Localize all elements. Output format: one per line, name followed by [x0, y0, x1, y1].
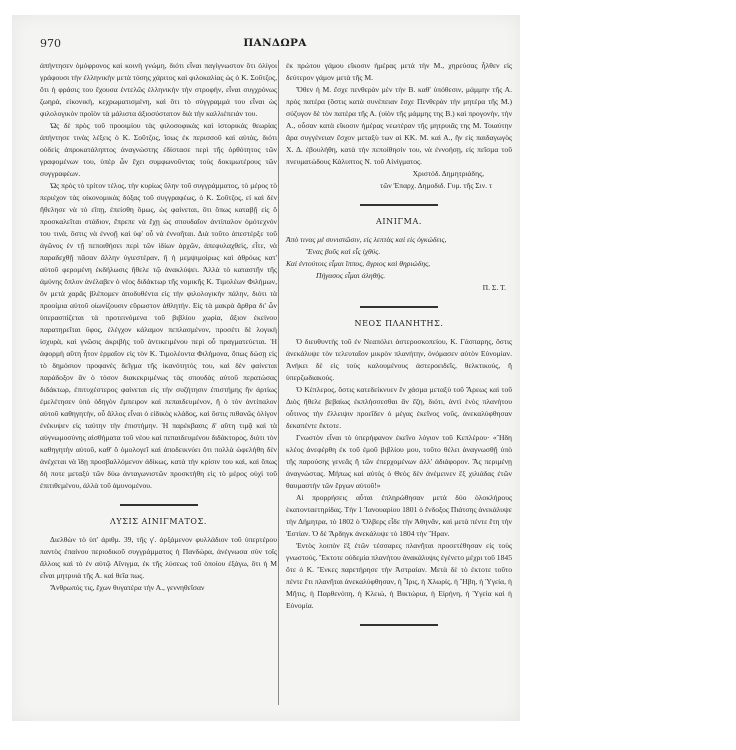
running-head: 970 ΠΑΝΔΩΡΑ [40, 37, 510, 53]
solution-section-title: ΛΥΣΙΣ ΑΙΝΙΓΜΑΤΟΣ. [40, 516, 277, 528]
left-column: ἀπήντησεν ὁμόφρονος καὶ κοινὴ γνώμη, διό… [40, 60, 277, 594]
section-divider [360, 204, 438, 206]
right-column: ἐκ πρώτου γάμου εἴκοσιν ἡμέρας μετὰ τὴν … [286, 60, 512, 636]
poem-line: Ἀπὸ τινας μὲ συνιστῶσιν, εἰς λεπτὰς καὶ … [286, 234, 512, 246]
solution-paragraph: Ἄνθρωπός τις, ἔχων θυγατέρα τὴν Α., γενν… [40, 582, 277, 594]
poem-line: Καὶ ἐντούτοις εἶμαι ἵππος, ἄγριος καὶ θη… [286, 258, 512, 270]
signature-name: Χριστόδ. Δημητριάδης, [286, 168, 512, 180]
solution-paragraph: Διελθὼν τὸ ὑπ' ἀριθμ. 39, τῆς γ'. ἀρξάμε… [40, 534, 277, 582]
section-divider [360, 306, 438, 308]
planet-section-title: ΝΕΟΣ ΠΛΑΝΗΤΗΣ. [286, 318, 512, 330]
riddle-initials: Π. Σ. Τ. [286, 282, 512, 294]
planet-paragraph: Γνωστὸν εἶναι τὸ ὑπερήφανον ἐκεῖνο λόγιο… [286, 432, 512, 492]
poem-line: Ἕνας βοῦς καὶ εἷς ἰχθύς. [286, 246, 512, 258]
riddle-poem: Ἀπὸ τινας μὲ συνιστῶσιν, εἰς λεπτὰς καὶ … [286, 234, 512, 282]
article-paragraph: Ὡς δὲ πρὸς τοῦ προοιμίου τὰς φιλοσοφικὰς… [40, 120, 277, 180]
journal-title: ΠΑΝΔΩΡΑ [40, 37, 510, 49]
poem-line: Πήγασος εἶμαι ἀληθής. [286, 270, 512, 282]
article-paragraph: Ὡς πρὸς τὸ τρίτον τέλος, τὴν κυρίως ὕλην… [40, 180, 277, 492]
article-paragraph: ἐκ πρώτου γάμου εἴκοσιν ἡμέρας μετὰ τὴν … [286, 60, 512, 84]
article-paragraph: ἀπήντησεν ὁμόφρονος καὶ κοινὴ γνώμη, διό… [40, 60, 277, 120]
planet-paragraph: Αἱ προρρήσεις αὗται ἐπληρώθησαν μετὰ δύο… [286, 492, 512, 540]
end-divider [360, 624, 438, 626]
riddle-section-title: ΑΙΝΙΓΜΑ. [286, 216, 512, 228]
article-paragraph: Ὅθεν ἡ Μ. ἔσχε πενθερὰν μὲν τὴν Β. καθ' … [286, 84, 512, 168]
scanned-page: 970 ΠΑΝΔΩΡΑ ἀπήντησεν ὁμόφρονος καὶ κοιν… [12, 15, 520, 721]
section-divider [120, 504, 198, 506]
signature-title: τῶν Ἐπαρχ. Δημοδιδ. Γυμ. τῆς Σιν. τ [286, 180, 512, 192]
planet-paragraph: Ὁ διευθυντὴς τοῦ ἐν Νεαπόλει ἀστεροσκοπε… [286, 336, 512, 384]
column-divider [278, 60, 279, 705]
planet-paragraph: Ὁ Κέπλερος, ὅστις κατεδείκνυεν ἓν χάσμα … [286, 384, 512, 432]
planet-paragraph: Ἐντὸς λοιπὸν ἓξ ἐτῶν τέσσαρες πλανῆται π… [286, 540, 512, 612]
